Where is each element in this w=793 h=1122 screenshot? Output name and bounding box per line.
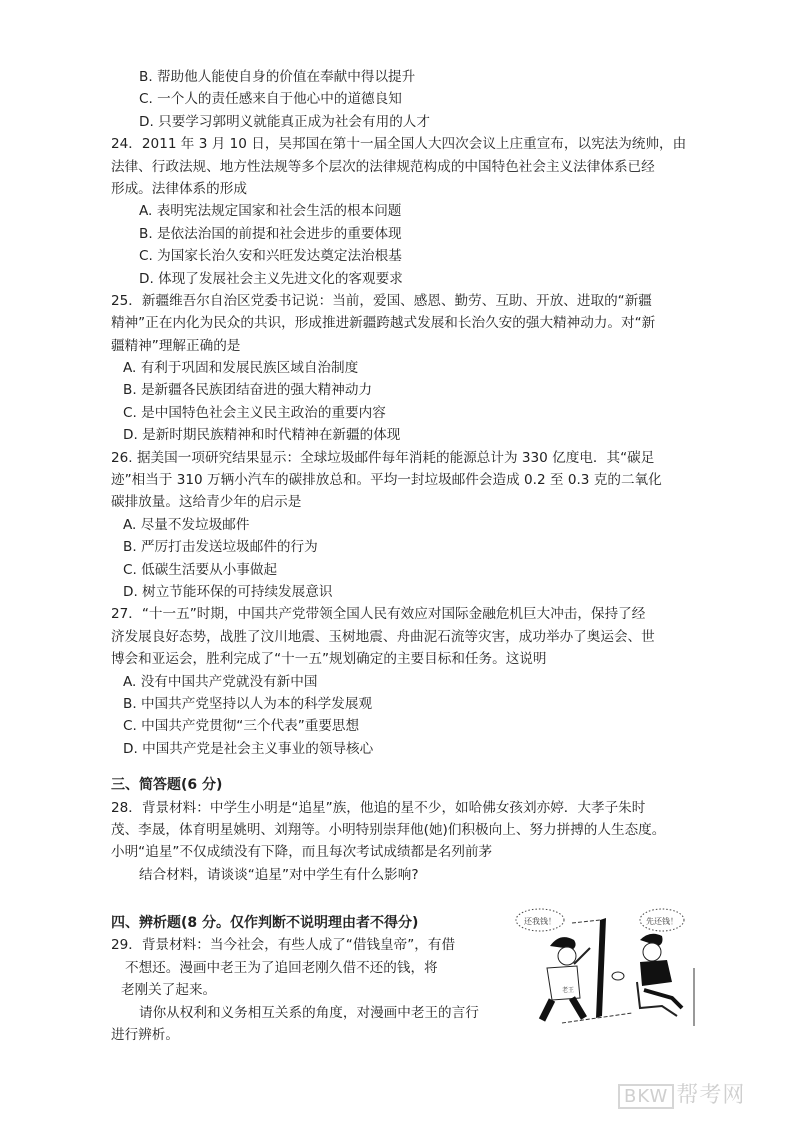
q24-option-d: D. 体现了发展社会主义先进文化的客观要求 [111, 268, 701, 290]
svg-text:老王: 老王 [562, 986, 574, 994]
q29-prompt-1: 请你从权利和义务相互关系的角度，对漫画中老王的言行 [111, 1002, 511, 1024]
q26-stem-2: 迹”相当于 310 万辆小汽车的碳排放总和。平均一封垃圾邮件会造成 0.2 至 … [111, 469, 701, 491]
q29-block: 29．背景材料：当今社会，有些人成了“借钱皇帝”，有借 不想还。漫画中老王为了追… [111, 934, 511, 1046]
q26-stem-3: 碳排放量。这给青少年的启示是 [111, 491, 701, 513]
q25-stem-3: 疆精神”理解正确的是 [111, 335, 701, 357]
section-3-heading: 三、简答题(6 分) [111, 774, 701, 796]
q25-option-c: C. 是中国特色社会主义民主政治的重要内容 [111, 402, 701, 424]
q25-stem-1: 25．新疆维吾尔自治区党委书记说：当前，爱国、感恩、勤劳、互助、开放、进取的“新… [111, 290, 701, 312]
q27-stem-3: 博会和亚运会，胜利完成了“十一五”规划确定的主要目标和任务。这说明 [111, 648, 701, 670]
q23-option-c: C. 一个人的责任感来自于他心中的道德良知 [111, 88, 701, 110]
q23-option-b: B. 帮助他人能使自身的价值在奉献中得以提升 [111, 66, 701, 88]
q24-stem-3: 形成。法律体系的形成 [111, 178, 701, 200]
q25-option-b: B. 是新疆各民族团结奋进的强大精神动力 [111, 379, 701, 401]
q26-option-b: B. 严厉打击发送垃圾邮件的行为 [111, 536, 701, 558]
q25-option-d: D. 是新时期民族精神和时代精神在新疆的体现 [111, 424, 701, 446]
svg-text:还我钱！: 还我钱！ [524, 916, 556, 926]
q27-stem-1: 27．“十一五”时期，中国共产党带领全国人民有效应对国际金融危机巨大冲击，保持了… [111, 603, 701, 625]
watermark-logo: BKW帮考网 [618, 1078, 778, 1112]
svg-text:先还钱！: 先还钱！ [646, 916, 678, 926]
q27-option-a: A. 没有中国共产党就没有新中国 [111, 671, 701, 693]
q28-prompt: 结合材料，请谈谈“追星”对中学生有什么影响? [111, 864, 701, 886]
q29-stem-2: 不想还。漫画中老王为了追回老刚久借不还的钱，将 [111, 957, 511, 979]
q26-option-d: D. 树立节能环保的可持续发展意识 [111, 581, 701, 603]
q26-option-a: A. 尽量不发垃圾邮件 [111, 514, 701, 536]
q25-stem-2: 精神”正在内化为民众的共识，形成推进新疆跨越式发展和长治久安的强大精神动力。对“… [111, 312, 701, 334]
cartoon-drawing: 还我钱！ 先还钱！ 老王 [512, 898, 708, 1033]
q27-option-d: D. 中国共产党是社会主义事业的领导核心 [111, 738, 701, 760]
q29-stem-3: 老刚关了起来。 [111, 979, 511, 1001]
q28-stem-2: 茂、李晟，体育明星姚明、刘翔等。小明特别崇拜他(她)们积极向上、努力拼搏的人生态… [111, 819, 701, 841]
q24-stem-1: 24．2011 年 3 月 10 日，吴邦国在第十一届全国人大四次会议上庄重宣布… [111, 133, 701, 155]
q26-stem-1: 26. 据美国一项研究结果显示：全球垃圾邮件每年消耗的能源总计为 330 亿度电… [111, 447, 701, 469]
q29-stem-1: 29．背景材料：当今社会，有些人成了“借钱皇帝”，有借 [111, 934, 511, 956]
q27-option-c: C. 中国共产党贯彻“三个代表”重要思想 [111, 715, 701, 737]
watermark-cn: 帮考网 [676, 1083, 745, 1108]
q28-stem-3: 小明“追星”不仅成绩没有下降，而且每次考试成绩都是名列前茅 [111, 841, 701, 863]
watermark-latin: BKW [618, 1084, 674, 1109]
q24-stem-2: 法律、行政法规、地方性法规等多个层次的法律规范构成的中国特色社会主义法律体系已经 [111, 156, 701, 178]
q27-stem-2: 济发展良好态势，战胜了汶川地震、玉树地震、舟曲泥石流等灾害，成功举办了奥运会、世 [111, 626, 701, 648]
q26-option-c: C. 低碳生活要从小事做起 [111, 559, 701, 581]
q27-option-b: B. 中国共产党坚持以人为本的科学发展观 [111, 693, 701, 715]
cartoon-illustration: 还我钱！ 先还钱！ 老王 [512, 898, 708, 1033]
q28-stem-1: 28．背景材料：中学生小明是“追星”族，他追的星不少，如哈佛女孩刘亦婷．大孝子朱… [111, 797, 701, 819]
q29-prompt-2: 进行辨析。 [111, 1024, 511, 1046]
q23-option-d: D. 只要学习郭明义就能真正成为社会有用的人才 [111, 111, 701, 133]
q24-option-c: C. 为国家长治久安和兴旺发达奠定法治根基 [111, 245, 701, 267]
q25-option-a: A. 有利于巩固和发展民族区域自治制度 [111, 357, 701, 379]
q24-option-b: B. 是依法治国的前提和社会进步的重要体现 [111, 223, 701, 245]
q24-option-a: A. 表明宪法规定国家和社会生活的根本问题 [111, 200, 701, 222]
